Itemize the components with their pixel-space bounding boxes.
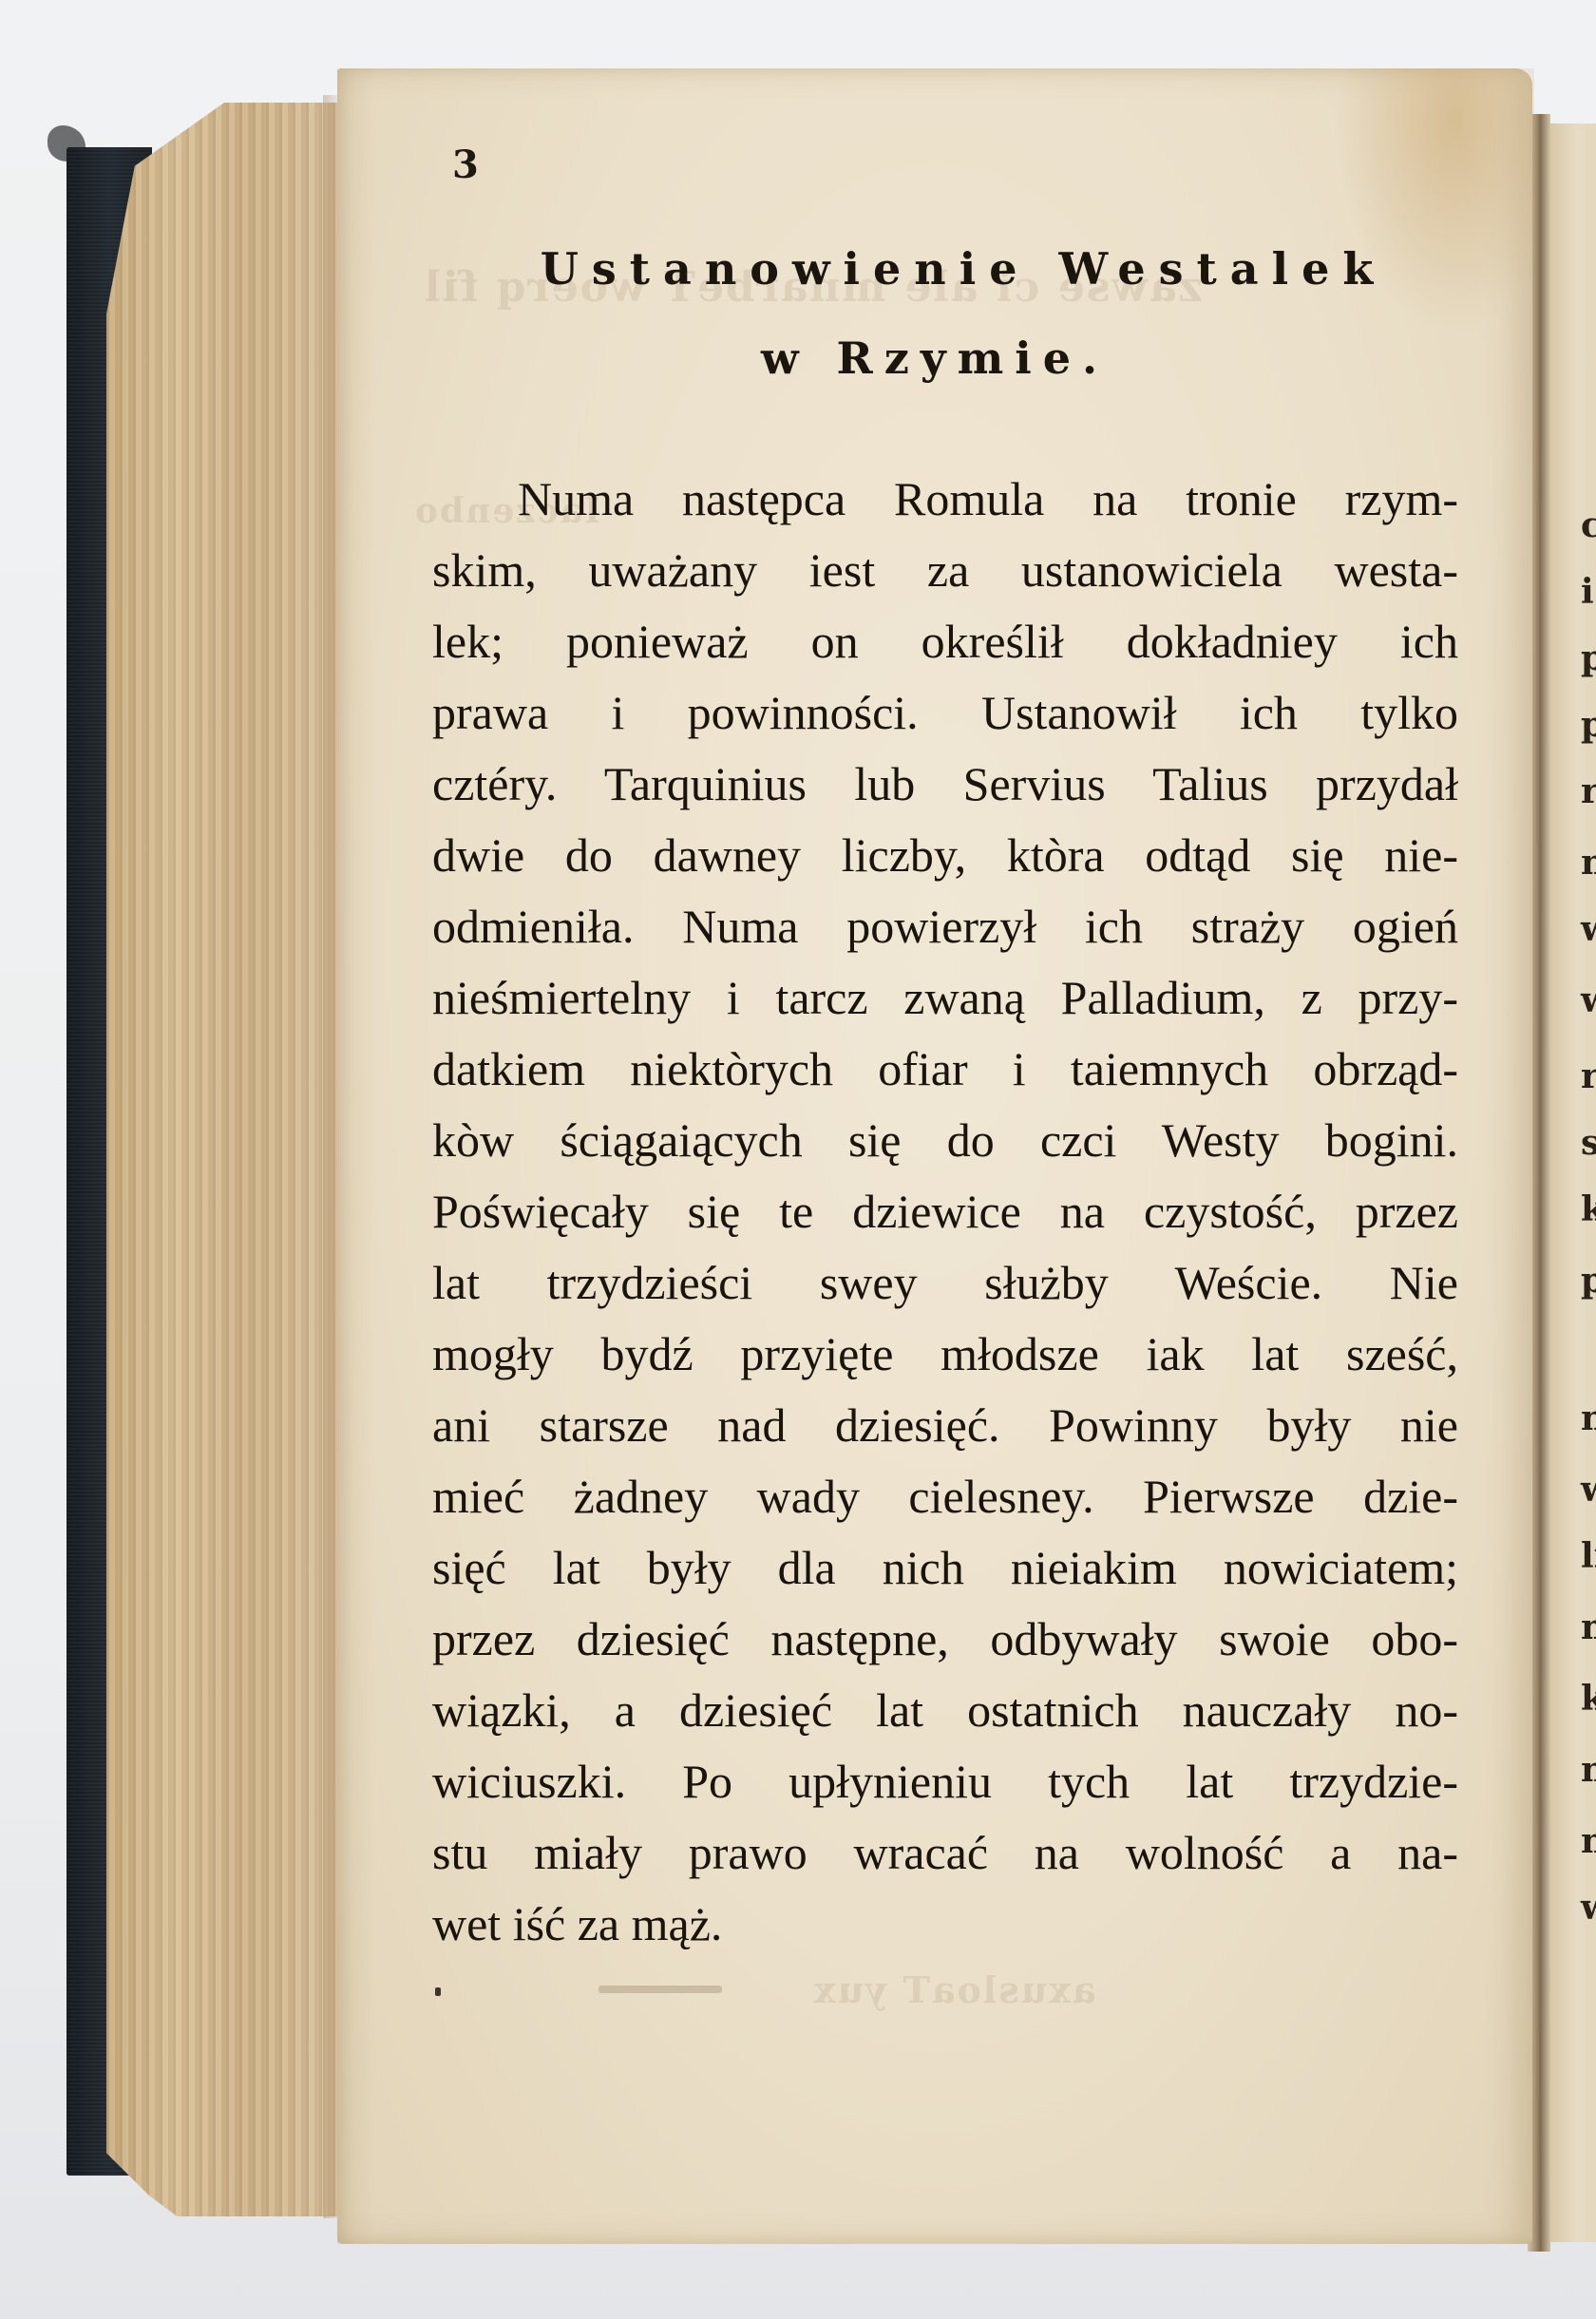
water-stain [1335, 68, 1534, 334]
chapter-title-line-1: Ustanowienie Westalek [337, 243, 1561, 295]
facing-letter: w [1581, 912, 1596, 946]
text-line: odmieniła. Numa powierzył ich straży ogi… [432, 898, 1458, 969]
facing-letter: r [1581, 774, 1596, 808]
body-text: Numa następca Romula na tronie rzym- ski… [432, 470, 1458, 1967]
facing-letter: p [1581, 708, 1596, 742]
text-line: wiązki, a dziesięć lat ostatnich nauczał… [432, 1682, 1458, 1753]
showthrough-rule [598, 1986, 722, 1993]
text-line: przez dziesięć następne, odbywały swoie … [432, 1610, 1458, 1682]
facing-letter: r [1581, 1059, 1596, 1093]
facing-letter: w [1581, 983, 1596, 1017]
text-line: ani starsze nad dziesięć. Powinny były n… [432, 1397, 1458, 1468]
ink-speck [435, 1987, 441, 1996]
facing-letter: n [1581, 846, 1596, 880]
facing-letter: k [1581, 1682, 1596, 1716]
facing-letter: p [1581, 1264, 1596, 1298]
text-line: prawa i powinności. Ustanowił ich tylko [432, 684, 1458, 755]
edge-tint [337, 68, 375, 2244]
text-line: mieć żadney wady cielesney. Pierwsze dzi… [432, 1468, 1458, 1539]
photo-scene: c i p p r n w w r s k p n w li m k n n w… [0, 0, 1596, 2319]
facing-letter: w [1581, 1891, 1596, 1925]
facing-letter: c [1581, 508, 1596, 542]
facing-letter: n [1581, 1753, 1596, 1787]
text-line: sięć lat były dla nich nieiakim nowiciat… [432, 1539, 1458, 1610]
page-edges-block [106, 103, 342, 2216]
text-line: Poświęcały się te dziewice na czystość, … [432, 1183, 1458, 1254]
text-line: wet iść za mąż. [432, 1895, 1458, 1967]
facing-letter: m [1581, 1610, 1596, 1644]
text-line: lek; ponieważ on określił dokładniey ich [432, 613, 1458, 684]
text-line: nieśmiertelny i tarcz zwaną Palladium, z… [432, 969, 1458, 1040]
facing-letter: p [1581, 641, 1596, 675]
text-line: skim, uważany iest za ustanowiciela west… [432, 542, 1458, 613]
text-line: mogły bydź przyięte młodsze iak lat sześ… [432, 1325, 1458, 1397]
showthrough-text: axusloaT yux [812, 1968, 1096, 2011]
facing-letter: n [1581, 1401, 1596, 1435]
text-line: Numa następca Romula na tronie rzym- [432, 470, 1458, 542]
text-line: cztéry. Tarquinius lub Servius Talius pr… [432, 755, 1458, 827]
facing-letter: i [1581, 575, 1594, 609]
text-line: lat trzydzieści swey służby Weście. Nie [432, 1254, 1458, 1325]
text-line: wiciuszki. Po upłynieniu tych lat trzydz… [432, 1753, 1458, 1824]
text-line: kòw ściągaiących się do czci Westy bogin… [432, 1112, 1458, 1183]
page-number: 3 [452, 143, 479, 187]
text-line: stu miały prawo wracać na wolność a na- [432, 1824, 1458, 1895]
facing-letter: s [1581, 1126, 1596, 1160]
facing-letter: li [1581, 1539, 1596, 1573]
text-line: dwie do dawney liczby, ktòra odtąd się n… [432, 827, 1458, 898]
chapter-title-line-2: w Rzymie. [337, 333, 1532, 384]
text-line: datkiem niektòrych ofiar i taiemnych obr… [432, 1040, 1458, 1112]
facing-letter: k [1581, 1192, 1596, 1226]
facing-letter: n [1581, 1824, 1596, 1858]
facing-letter: w [1581, 1473, 1596, 1507]
